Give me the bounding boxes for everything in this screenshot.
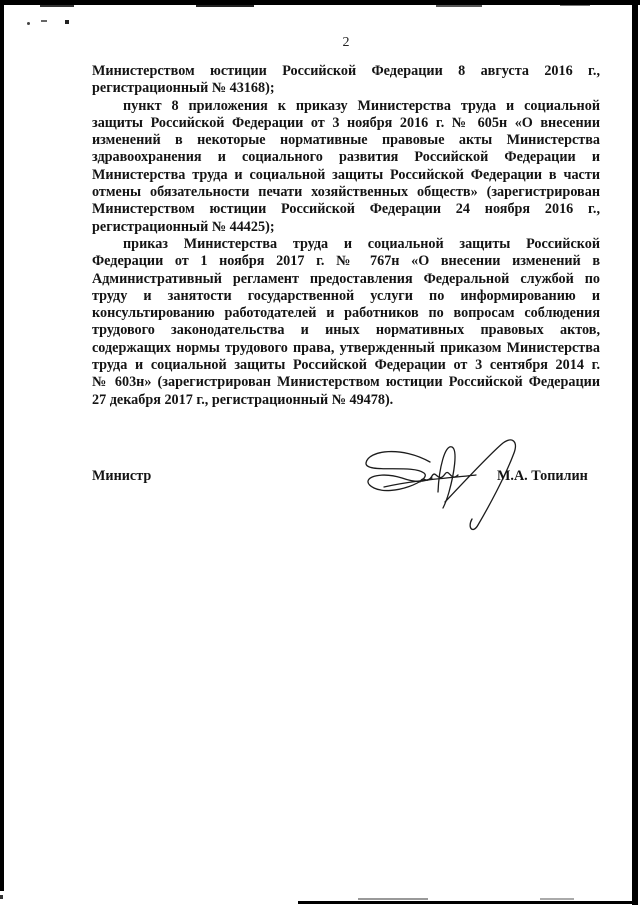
text-line: регистрационный № 43168); [92, 80, 600, 97]
text-line: труду и занятости государственной услуги… [92, 288, 600, 305]
scan-artifact [40, 5, 74, 7]
scanned-document-page: 2 Министерством юстиции Российской Федер… [0, 0, 640, 905]
text-line: труда и социальной защиты Российской Фед… [92, 357, 600, 374]
text-line: консультированию работодателей и работни… [92, 305, 600, 322]
text-line: Министерства труда и социальной защиты Р… [92, 167, 600, 184]
text-line: № 603н» (зарегистрирован Министерством ю… [92, 374, 600, 391]
text-line: здравоохранения и социального развития Р… [92, 149, 600, 166]
text-line: 27 декабря 2017 г., регистрационный № 49… [92, 392, 600, 409]
page-number: 2 [92, 35, 600, 51]
text-line: содержащих нормы трудового права, утверж… [92, 340, 600, 357]
scan-artifact [0, 895, 3, 899]
scan-artifact [436, 5, 482, 7]
paragraph: приказ Министерства труда и социальной з… [92, 236, 600, 409]
text-line: изменений в некоторые нормативные правов… [92, 132, 600, 149]
scan-border-bottom [298, 901, 638, 904]
scan-artifact [196, 5, 254, 7]
scan-artifact [540, 898, 574, 900]
scan-speck [65, 20, 69, 24]
handwritten-signature-icon [350, 430, 520, 535]
text-line: отмены обязательности печати хозяйственн… [92, 184, 600, 201]
text-line: приказ Министерства труда и социальной з… [92, 236, 600, 253]
text-line: защиты Российской Федерации от 3 ноября … [92, 115, 600, 132]
signer-title: Министр [92, 468, 151, 485]
scan-speck [27, 22, 30, 25]
scan-speck [41, 20, 47, 22]
document-body: Министерством юстиции Российской Федерац… [92, 63, 600, 409]
scan-artifact [358, 898, 428, 900]
paragraph: пункт 8 приложения к приказу Министерств… [92, 98, 600, 236]
scan-border-right [632, 0, 638, 905]
paragraph: Министерством юстиции Российской Федерац… [92, 63, 600, 98]
text-line: Федерации от 1 ноября 2017 г. № 767н «О … [92, 253, 600, 270]
signer-name: М.А. Топилин [497, 468, 588, 485]
text-line: пункт 8 приложения к приказу Министерств… [92, 98, 600, 115]
scan-border-left [0, 0, 4, 891]
text-line: трудового законодательства и иных нормат… [92, 322, 600, 339]
text-line: регистрационный № 44425); [92, 219, 600, 236]
text-line: Министерством юстиции Российской Федерац… [92, 201, 600, 218]
text-line: Административный регламент предоставлени… [92, 271, 600, 288]
text-line: Министерством юстиции Российской Федерац… [92, 63, 600, 80]
scan-artifact [560, 5, 590, 6]
scan-border-top [0, 0, 640, 5]
